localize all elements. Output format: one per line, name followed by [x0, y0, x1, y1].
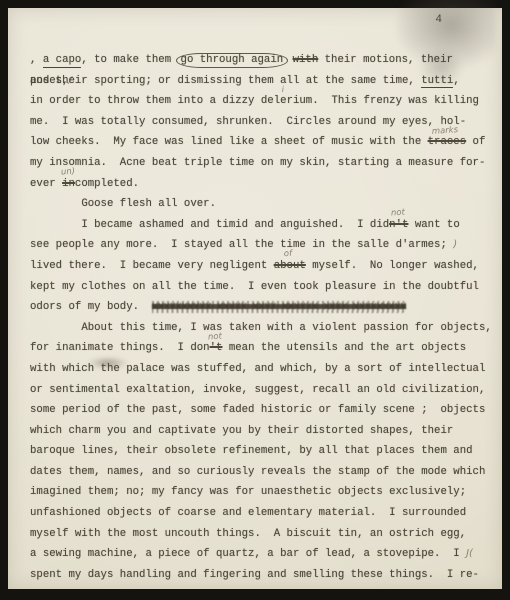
typed-text: which charm you and captivate you by the…: [30, 425, 453, 437]
text-line: , a capo, to make them go through again …: [30, 50, 492, 71]
typed-text: want to: [408, 219, 459, 231]
typed-text: some period of the past, some faded hist…: [30, 404, 485, 416]
typed-text: baroque lines, their obsolete refinement…: [30, 445, 473, 457]
text-line: imagined them; no; my fancy was for unae…: [30, 482, 492, 503]
annotated-text: ei: [280, 95, 286, 107]
typed-text: and their sporting; or dismissing them a…: [30, 75, 421, 87]
text-line: lived there. I became very negligent abo…: [30, 256, 492, 277]
text-line: or sentimental exaltation, invoke, sugge…: [30, 380, 492, 401]
typed-text: or sentimental exaltation, invoke, sugge…: [30, 384, 485, 396]
scribbled-out-text: xxxxxxxxxx xxxxx xxxx xxxxxx xxxx xxxxxx…: [152, 301, 406, 313]
typed-text: ,: [30, 54, 43, 66]
typed-text: ,: [453, 75, 459, 87]
text-line: some period of the past, some faded hist…: [30, 400, 492, 421]
pencil-annotation: un): [61, 168, 76, 178]
typed-text: spent my days handling and fingering and…: [30, 569, 479, 581]
pencil-annotation: of: [284, 250, 293, 260]
typed-text: see people any more. I stayed all the ti…: [30, 239, 453, 251]
typed-text: myself with the most uncouth things. A b…: [30, 528, 466, 540]
typed-text-block: , a capo, to make them go through again …: [30, 50, 492, 585]
text-line: myself with the most uncouth things. A b…: [30, 524, 492, 545]
typed-text: , to make them: [81, 54, 177, 66]
strikethrough-text: aboutof: [274, 260, 306, 272]
typed-text: I became ashamed and timid and anguished…: [30, 219, 389, 231]
typed-text: odors of my body.: [30, 301, 152, 313]
strikethrough-text: inun): [62, 178, 75, 190]
text-line: which charm you and captivate you by the…: [30, 421, 492, 442]
typed-text: lived there. I became very negligent: [30, 260, 274, 272]
text-line: a sewing machine, a piece of quartz, a b…: [30, 544, 492, 565]
manuscript-photo: { "page": { "number": "4", "background_c…: [0, 0, 510, 600]
manuscript-paper: 4 , a capo, to make them go through agai…: [8, 8, 502, 589]
text-line: for inanimate things. I don'tnot mean th…: [30, 338, 492, 359]
typed-text: mean the utensils and the art objects: [222, 342, 466, 354]
text-line: odors of my body. xxxxxxxxxx xxxxx xxxx …: [30, 297, 492, 318]
page-number: 4: [435, 14, 442, 26]
typed-text: Goose flesh all over.: [30, 198, 216, 210]
text-line: with which the palace was stuffed, and w…: [30, 359, 492, 380]
text-line: and their sporting; or dismissing them a…: [30, 71, 492, 92]
strikethrough-text: n'tnot: [389, 219, 408, 231]
pencil-annotation: not: [391, 209, 406, 219]
text-line: dates them, names, and so curiously reve…: [30, 462, 492, 483]
pencil-mark: J(: [460, 548, 473, 559]
text-line: About this time, I was taken with a viol…: [30, 318, 492, 339]
pencil-annotation: marks: [431, 126, 458, 137]
strikethrough-text: 'tnot: [210, 342, 223, 354]
text-line: unfashioned objects of coarse and elemen…: [30, 503, 492, 524]
text-line: in order to throw them into a dizzy dele…: [30, 91, 492, 112]
text-line: see people any more. I stayed all the ti…: [30, 235, 492, 256]
text-line: I became ashamed and timid and anguished…: [30, 215, 492, 236]
text-line: ever inun)completed.: [30, 174, 492, 195]
text-line: spent my days handling and fingering and…: [30, 565, 492, 586]
pencil-annotation: not: [208, 332, 223, 342]
typed-text: for inanimate things. I don: [30, 342, 210, 354]
text-line: my insomnia. Acne beat triple time on my…: [30, 153, 492, 174]
text-line: low cheeks. My face was lined like a she…: [30, 132, 492, 153]
typed-text: of: [466, 136, 485, 148]
typed-text: my insomnia. Acne beat triple time on my…: [30, 157, 485, 169]
pencil-mark: ): [453, 239, 457, 250]
text-line: kept my clothes on all the time. I even …: [30, 277, 492, 298]
strikethrough-text: tracesmarks: [428, 136, 466, 148]
typed-text: kept my clothes on all the time. I even …: [30, 281, 479, 293]
typed-text: About this time, I was taken with a viol…: [30, 322, 492, 334]
typed-text: a sewing machine, a piece of quartz, a b…: [30, 548, 460, 560]
typed-text: in order to throw them into a dizzy del: [30, 95, 280, 107]
typed-text: myself. No longer washed,: [306, 260, 479, 272]
text-line: baroque lines, their obsolete refinement…: [30, 441, 492, 462]
typed-text: completed.: [75, 178, 139, 190]
typed-text: imagined them; no; my fancy was for unae…: [30, 486, 466, 498]
typed-text: with which the palace was stuffed, and w…: [30, 363, 485, 375]
underlined-text: tutti: [421, 75, 453, 89]
typed-text: me. I was totally consumed, shrunken. Ci…: [30, 116, 466, 128]
typed-text: unfashioned objects of coarse and elemen…: [30, 507, 466, 519]
underlined-text: a capo: [43, 54, 81, 68]
text-line: me. I was totally consumed, shrunken. Ci…: [30, 112, 492, 133]
circled-text: go through again: [176, 53, 289, 68]
text-line: Goose flesh all over.: [30, 194, 492, 215]
typed-text: rium. This frenzy was killing: [287, 95, 479, 107]
typed-text: ever: [30, 178, 62, 190]
strikethrough-text: with: [293, 54, 319, 66]
typed-text: dates them, names, and so curiously reve…: [30, 466, 485, 478]
typed-text: low cheeks. My face was lined like a she…: [30, 136, 428, 148]
